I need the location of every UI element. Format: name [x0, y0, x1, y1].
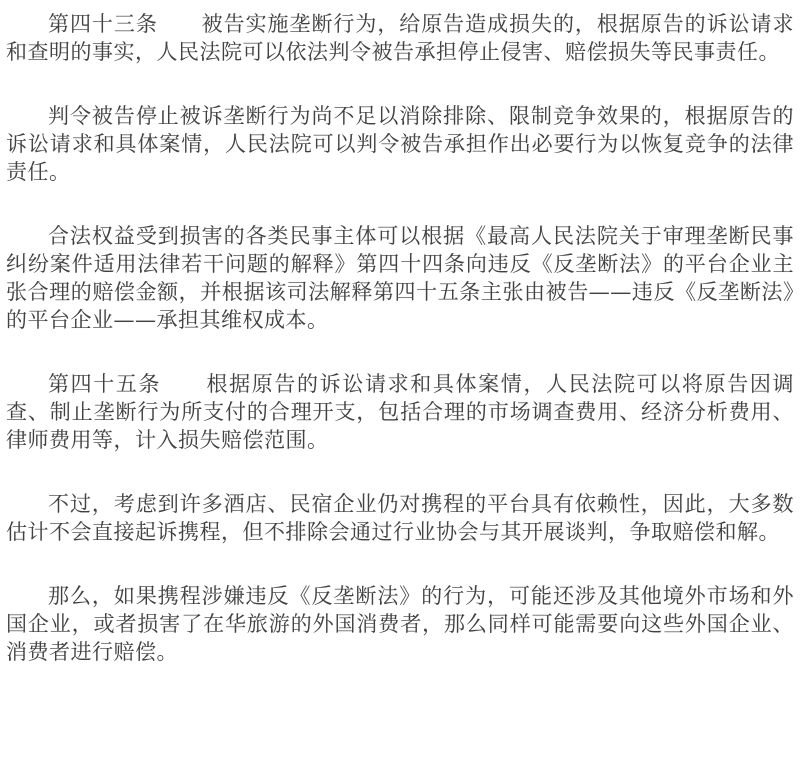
foreign-claims-paragraph: 那么，如果携程涉嫌违反《反垄断法》的行为，可能还涉及其他境外市场和外国企业，或者…	[6, 582, 794, 666]
compensation-claim-paragraph: 合法权益受到损害的各类民事主体可以根据《最高人民法院关于审理垄断民事纠纷案件适用…	[6, 222, 794, 334]
article-43-paragraph: 第四十三条 被告实施垄断行为，给原告造成损失的，根据原告的诉讼请求和查明的事实，…	[6, 10, 794, 66]
restore-competition-paragraph: 判令被告停止被诉垄断行为尚不足以消除排除、限制竞争效果的，根据原告的诉讼请求和具…	[6, 102, 794, 186]
hotel-dependence-paragraph: 不过，考虑到许多酒店、民宿企业仍对携程的平台具有依赖性，因此，大多数估计不会直接…	[6, 490, 794, 546]
document-page: 第四十三条 被告实施垄断行为，给原告造成损失的，根据原告的诉讼请求和查明的事实，…	[0, 0, 800, 766]
article-45-paragraph: 第四十五条 根据原告的诉讼请求和具体案情，人民法院可以将原告因调查、制止垄断行为…	[6, 370, 794, 454]
